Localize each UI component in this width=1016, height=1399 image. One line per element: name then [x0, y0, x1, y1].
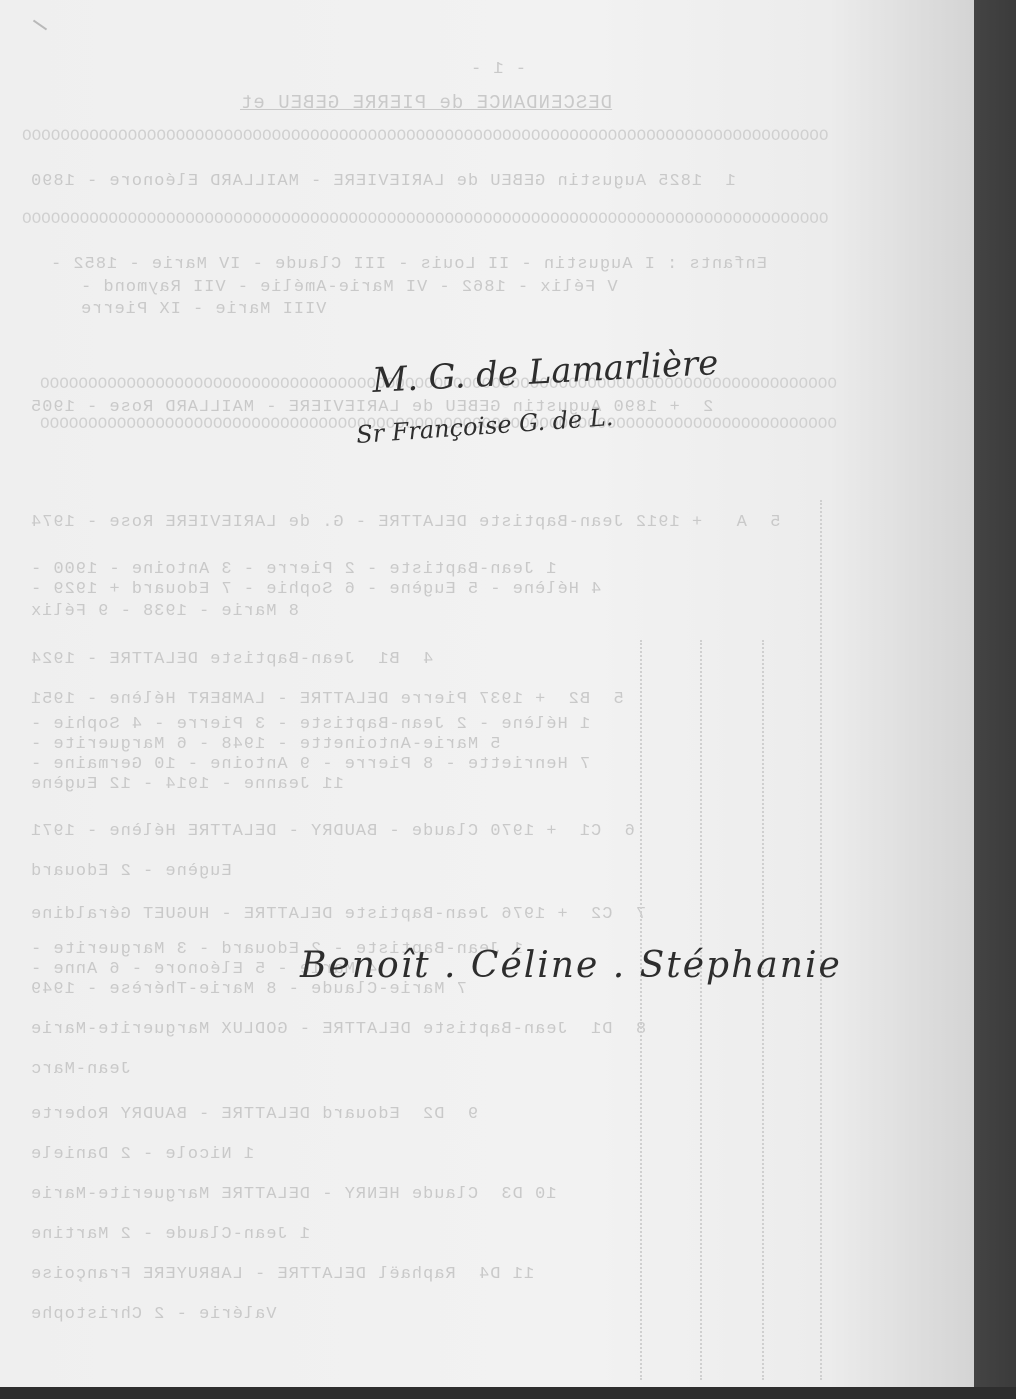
- show-through-line: 11 D4 Raphaël DELATTRE - LABRUYERE Franç…: [30, 1265, 534, 1284]
- show-through-line: 9 D2 Edouard DELATTRE - BAUDRY Roberte: [30, 1105, 478, 1124]
- show-through-line: 11 Jeanne - 1914 - 12 Eugène: [30, 775, 444, 794]
- show-through-line: VIII Marie - IX Pierre: [80, 300, 438, 319]
- show-through-line: 5 B2 + 1937 Pierre DELATTRE - LAMBERT Hé…: [30, 690, 624, 709]
- show-through-line: 6 C1 + 1970 Claude - BAUDRY - DELATTRE H…: [30, 822, 635, 841]
- show-through-title: DESCENDANCE de PIERRE GEBEU et: [240, 92, 612, 114]
- decorative-fill-row: OOOOOOOOOOOOOOOOOOOOOOOOOOOOOOOOOOOOOOOO…: [22, 210, 829, 228]
- signature-children: Benoît . Céline . Stéphanie: [300, 945, 842, 986]
- show-through-line: 5 Marie-Antoinette - 1948 - 6 Marguerite…: [30, 735, 601, 754]
- show-through-line: 5 A + 1912 Jean-Baptiste DELATTRE - G. d…: [30, 513, 781, 532]
- corner-mark: [33, 20, 47, 31]
- show-through-line: 4 Hélène - 5 Eugène - 6 Sophie - 7 Edoua…: [30, 580, 702, 599]
- show-through-line: V Félix - 1862 - VI Marie-Amélie - VII R…: [80, 278, 730, 297]
- column-divider: [762, 640, 764, 1380]
- show-through-line: Valérie - 2 Christophe: [30, 1305, 377, 1324]
- column-divider: [820, 500, 822, 1380]
- show-through-line: 10 D3 Claude HENRY - DELATTRE Marguerite…: [30, 1185, 556, 1204]
- show-through-line: 7 C2 + 1976 Jean-Baptiste DELATTRE - HUG…: [30, 905, 646, 924]
- show-through-line: 1 Nicole - 2 Daniele: [30, 1145, 355, 1164]
- show-through-line: Eugène - 2 Edouard: [30, 862, 332, 881]
- show-through-line: Jean-Marc: [30, 1060, 232, 1079]
- scanner-background-bottom: [0, 1387, 1016, 1399]
- show-through-line: 1 Hélène - 2 Jean-Baptiste - 3 Pierre - …: [30, 715, 691, 734]
- scanner-background-right: [974, 0, 1016, 1399]
- show-through-line: 4 B1 Jean-Baptiste DELATTRE - 1924: [30, 650, 433, 669]
- document-page: - 1 - DESCENDANCE de PIERRE GEBEU et OOO…: [0, 0, 974, 1387]
- show-through-line: 7 Henriette - 8 Pierre - 9 Antoine - 10 …: [30, 755, 691, 774]
- show-through-line: 8 Marie - 1938 - 9 Félix: [30, 602, 400, 621]
- decorative-fill-row: OOOOOOOOOOOOOOOOOOOOOOOOOOOOOOOOOOOOOOOO…: [22, 127, 829, 145]
- show-through-line: 1 1825 Augustin GEBEU de LARIEVIERE - MA…: [30, 172, 736, 191]
- show-through-line: 8 D1 Jean-Baptiste DELATTRE - GODLUX Mar…: [30, 1020, 646, 1039]
- column-divider: [640, 640, 642, 1380]
- page-number: - 1 -: [470, 60, 526, 79]
- column-divider: [700, 640, 702, 1380]
- show-through-line: 1 Jean-Claude - 2 Martine: [30, 1225, 411, 1244]
- show-through-line: 1 Jean-Baptiste - 2 Pierre - 3 Antoine -…: [30, 560, 657, 579]
- show-through-line: Enfants : I Augustin - II Louis - III Cl…: [50, 255, 767, 274]
